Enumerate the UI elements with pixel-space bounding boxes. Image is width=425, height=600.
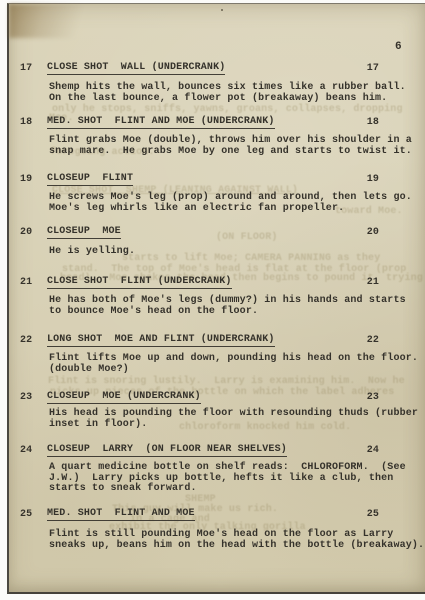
scene-number-right: 22 <box>339 335 379 346</box>
scene-number-left: 22 <box>20 335 32 346</box>
scene-number-left: 25 <box>20 509 32 520</box>
scene-18: 18 MED. SHOT FLINT AND MOE (UNDERCRANK) … <box>9 116 425 117</box>
scene-number-left: 23 <box>20 392 32 403</box>
scene-number-left: 17 <box>20 63 32 74</box>
scene-25: 25 MED. SHOT FLINT AND MOE 25 Flint is s… <box>9 508 425 509</box>
scene-heading: CLOSEUP MOE (UNDERCRANK) <box>47 391 201 404</box>
scene-action: His head is pounding the floor with reso… <box>49 409 418 430</box>
scene-action: He is yelling. <box>49 247 135 258</box>
paper-speck <box>221 9 223 11</box>
scene-heading: MED. SHOT FLINT AND MOE (UNDERCRANK) <box>47 116 275 129</box>
bleedthrough-line: only he stops, sniffs, yawns, groans, co… <box>52 104 403 115</box>
scene-number-right: 18 <box>339 117 379 128</box>
scene-heading: CLOSE SHOT WALL (UNDERCRANK) <box>47 62 225 75</box>
scene-number-right: 23 <box>339 392 379 403</box>
scene-heading: CLOSEUP LARRY (ON FLOOR NEAR SHELVES) <box>47 444 287 457</box>
scene-action: Flint lifts Moe up and down, pounding hi… <box>49 354 418 375</box>
bleedthrough-line: (ON FLOOR) <box>216 232 278 243</box>
scene-19: 19 CLOSEUP FLINT 19 He screws Moe's leg … <box>9 173 425 174</box>
scene-22: 22 LONG SHOT MOE AND FLINT (UNDERCRANK) … <box>9 334 425 335</box>
scene-action: A quart medicine bottle on shelf reads: … <box>49 463 406 495</box>
bleedthrough-line: Flint is snoring lustily. Larry is exami… <box>48 376 405 387</box>
scene-action: Flint is still pounding Moe's head on th… <box>49 530 424 551</box>
bleedthrough-line: SHEMP <box>185 494 216 505</box>
corner-stain <box>9 4 104 38</box>
scene-23: 23 CLOSEUP MOE (UNDERCRANK) 23 His head … <box>9 391 425 392</box>
scene-heading: MED. SHOT FLINT AND MOE <box>47 508 195 521</box>
scene-20: 20 CLOSEUP MOE 20 He is yelling. <box>9 226 425 227</box>
scene-heading: CLOSEUP MOE <box>47 226 121 239</box>
scene-heading: LONG SHOT MOE AND FLINT (UNDERCRANK) <box>47 334 275 347</box>
scene-24: 24 CLOSEUP LARRY (ON FLOOR NEAR SHELVES)… <box>9 444 425 445</box>
scene-17: 17 CLOSE SHOT WALL (UNDERCRANK) 17 Shemp… <box>9 62 425 63</box>
scene-number-right: 25 <box>339 509 379 520</box>
scene-number-right: 20 <box>339 227 379 238</box>
scene-number-right: 21 <box>339 277 379 288</box>
scene-action: Flint grabs Moe (double), throws him ove… <box>49 136 412 157</box>
scene-number-left: 24 <box>20 445 32 456</box>
scene-action: Shemp hits the wall, bounces six times l… <box>49 83 406 104</box>
scene-number-left: 20 <box>20 227 32 238</box>
scene-heading: CLOSE SHOT FLINT (UNDERCRANK) <box>47 276 232 289</box>
scene-number-left: 18 <box>20 117 32 128</box>
scene-number-right: 19 <box>339 174 379 185</box>
scene-number-left: 19 <box>20 174 32 185</box>
scene-number-right: 24 <box>339 445 379 456</box>
scene-action: He has both of Moe's legs (dummy?) in hi… <box>49 296 406 317</box>
scene-number-left: 21 <box>20 277 32 288</box>
page-number: 6 <box>395 41 402 53</box>
scene-number-right: 17 <box>339 63 379 74</box>
script-page: only he stops, sniffs, yawns, groans, co… <box>7 3 425 594</box>
scene-heading: CLOSEUP FLINT <box>47 173 133 186</box>
scene-action: He screws Moe's leg (prop) around and ar… <box>49 193 412 214</box>
bleedthrough-line: starts to lift Moe; CAMERA PANNING as th… <box>122 253 380 264</box>
bleedthrough-line: stand. The top of Moe's head is flat at … <box>62 264 406 275</box>
scene-21: 21 CLOSE SHOT FLINT (UNDERCRANK) 21 He h… <box>9 276 425 277</box>
scan-background: only he stops, sniffs, yawns, groans, co… <box>0 0 425 600</box>
